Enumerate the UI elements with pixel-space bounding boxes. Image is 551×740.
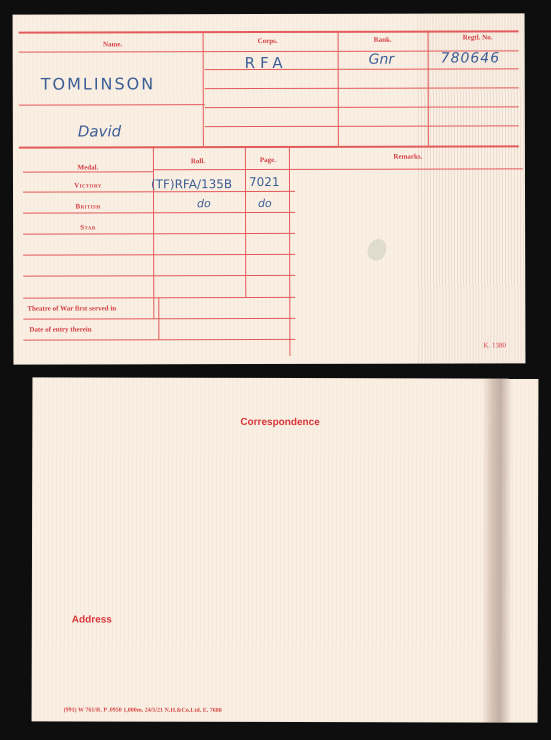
- medal-card-front: Name. Corps. Rank. Regtl. No. TOMLINSON …: [13, 13, 526, 364]
- rule: [23, 233, 295, 235]
- correspondence-label: Correspondence: [240, 417, 319, 428]
- corps-header: Corps.: [238, 37, 298, 45]
- address-label: Address: [72, 614, 112, 625]
- date-entry-label: Date of entry therein: [29, 325, 91, 333]
- col-divider: [203, 31, 204, 146]
- remarks-header: Remarks.: [363, 153, 453, 161]
- corps-entry: RFA: [245, 54, 288, 72]
- regtl-no-entry: 780646: [441, 50, 500, 66]
- roll-entry-victory: (TF)RFA/135B: [151, 177, 232, 191]
- medal-star: Star: [53, 223, 123, 231]
- rule-name-divider: [19, 104, 205, 105]
- rule: [23, 171, 153, 172]
- col-divider: [289, 146, 291, 356]
- rule: [23, 254, 295, 256]
- theatre-label: Theatre of War first served in: [27, 304, 116, 312]
- printer-imprint: (991) W 761/R. P .0950 1,000m. 24/5/21 N…: [64, 707, 222, 713]
- roll-header: Roll.: [173, 157, 223, 165]
- name-header: Name.: [83, 40, 143, 48]
- scan-shadow-band: [482, 379, 513, 723]
- regtl-no-header: Regtl. No.: [443, 33, 513, 41]
- rank-header: Rank.: [353, 36, 413, 44]
- medal-victory: Victory: [53, 181, 123, 189]
- medal-card-back: Correspondence Address (991) W 761/R. P …: [32, 377, 539, 722]
- page-entry-victory: 7021: [249, 175, 280, 189]
- rule: [23, 212, 295, 214]
- rank-entry: Gnr: [369, 52, 395, 68]
- rule: [23, 275, 295, 277]
- medal-british: British: [53, 202, 123, 210]
- page-entry-british: do: [258, 197, 272, 210]
- faint-stamp-mark: [364, 236, 390, 264]
- form-code: K. 1380: [483, 341, 506, 349]
- medal-header: Medal.: [53, 163, 123, 171]
- forename-entry: David: [78, 122, 121, 140]
- surname-entry: TOMLINSON: [41, 74, 156, 93]
- roll-entry-british: do: [197, 197, 211, 210]
- page-header: Page.: [248, 156, 288, 164]
- col-divider: [338, 31, 339, 146]
- col-divider: [153, 146, 154, 318]
- col-divider: [158, 297, 159, 339]
